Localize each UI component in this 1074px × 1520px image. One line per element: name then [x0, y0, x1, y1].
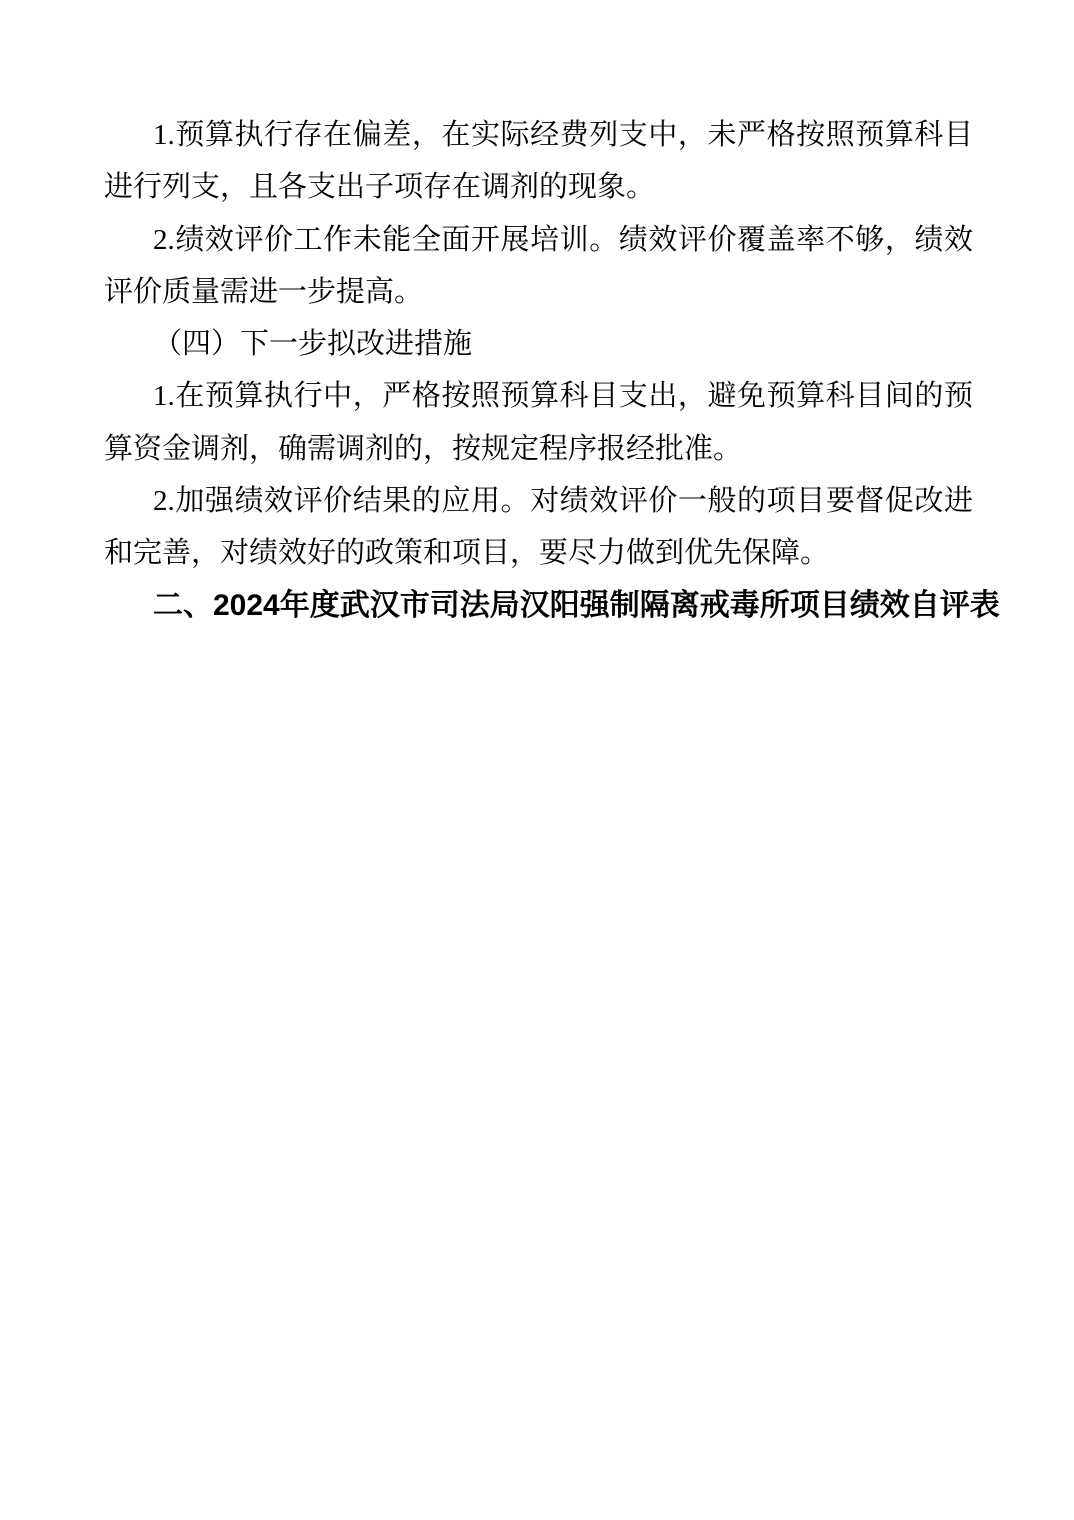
section-2-heading: 二、2024年度武汉市司法局汉阳强制隔离戒毒所项目绩效自评表	[104, 580, 973, 632]
paragraph-4-line-1: 2.加强绩效评价结果的应用。对绩效评价一般的项目要督促改进	[104, 475, 973, 527]
document-page: 1.预算执行存在偏差，在实际经费列支中，未严格按照预算科目 进行列支，且各支出子…	[0, 0, 1074, 1520]
subsection-heading-4: （四）下一步拟改进措施	[104, 318, 973, 370]
paragraph-2-line-2: 评价质量需进一步提高。	[104, 266, 973, 318]
document-text-block: 1.预算执行存在偏差，在实际经费列支中，未严格按照预算科目 进行列支，且各支出子…	[104, 109, 973, 632]
paragraph-3-line-1: 1.在预算执行中，严格按照预算科目支出，避免预算科目间的预	[104, 370, 973, 422]
paragraph-4-line-2: 和完善，对绩效好的政策和项目，要尽力做到优先保障。	[104, 527, 973, 579]
paragraph-1-line-1: 1.预算执行存在偏差，在实际经费列支中，未严格按照预算科目	[104, 109, 973, 161]
paragraph-2-line-1: 2.绩效评价工作未能全面开展培训。绩效评价覆盖率不够，绩效	[104, 214, 973, 266]
paragraph-1-line-2: 进行列支，且各支出子项存在调剂的现象。	[104, 161, 973, 213]
paragraph-3-line-2: 算资金调剂，确需调剂的，按规定程序报经批准。	[104, 423, 973, 475]
